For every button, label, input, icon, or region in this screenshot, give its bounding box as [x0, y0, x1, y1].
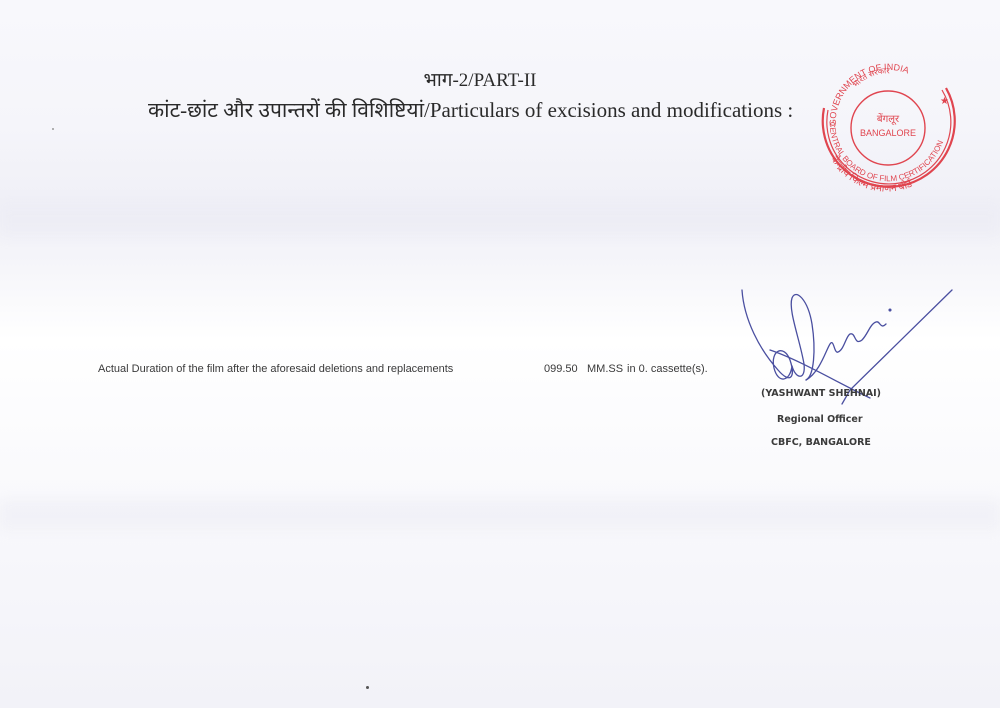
scan-speck [366, 686, 369, 689]
svg-text:★: ★ [940, 96, 949, 107]
duration-label: Actual Duration of the film after the af… [98, 363, 453, 375]
section-title: कांट-छांट और उपान्तरों की विशिष्टियां/Pa… [148, 96, 793, 124]
scan-speck [52, 128, 54, 130]
signature-icon [730, 280, 960, 405]
official-seal-icon: भारत सरकार GOVERNMENT OF INDIA बेंगलूर B… [806, 48, 966, 198]
svg-text:बेंगलूर: बेंगलूर [877, 113, 900, 125]
signatory-office: CBFC, BANGALORE [771, 437, 871, 448]
signatory-name: (YASHWANT SHEHNAI) [761, 388, 881, 399]
duration-unit: MM.SS [587, 363, 623, 375]
signatory-designation: Regional Officer [777, 414, 863, 425]
scan-shadow [0, 205, 1000, 235]
svg-text:BANGALORE: BANGALORE [860, 128, 916, 138]
scan-shadow [0, 500, 1000, 530]
cassette-count: in 0. cassette(s). [627, 363, 708, 375]
duration-value: 099.50 [544, 363, 578, 375]
